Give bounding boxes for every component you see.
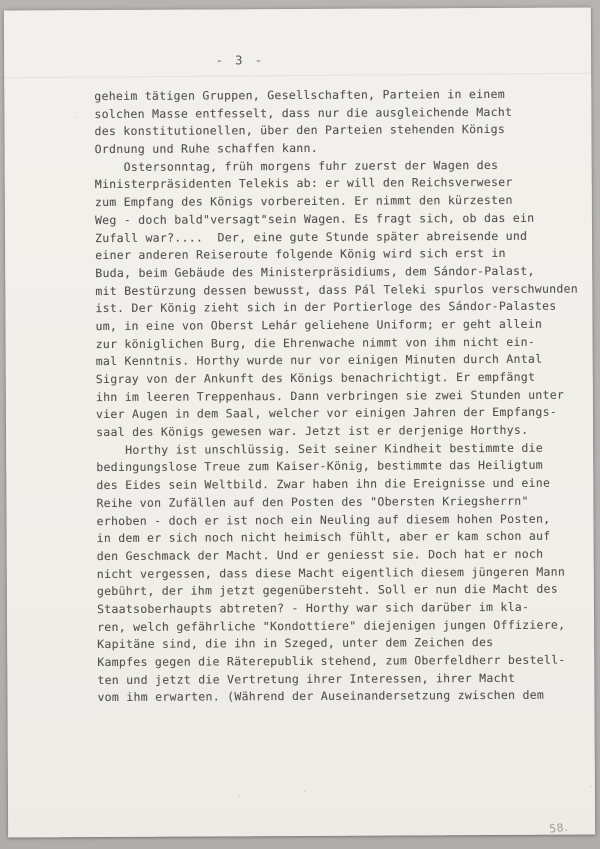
typewritten-text-block: geheim tätigen Gruppen, Gesellschaften, … xyxy=(94,85,589,707)
text-line: Staatsoberhaupts abtreten? - Horthy war … xyxy=(97,598,589,618)
text-line: saal des Königs gewesen war. Jetzt ist e… xyxy=(96,422,588,442)
text-line: Sigray von der Ankunft des Königs benach… xyxy=(96,368,588,388)
paper-crease xyxy=(4,73,591,79)
handwritten-mark: 58. xyxy=(548,821,568,836)
text-line: Zufall war?.... Der, eine gute Stunde sp… xyxy=(95,227,587,247)
text-line: den Geschmack der Macht. Und er geniesst… xyxy=(97,545,589,565)
text-line: Kampfes gegen die Räterepublik stehend, … xyxy=(97,651,589,671)
text-line: Buda, beim Gebäude des Ministerpräsidium… xyxy=(95,262,587,282)
text-line: Reihe von Zufällen auf den Posten des "O… xyxy=(96,492,588,512)
text-line: um, in eine von Oberst Lehár geliehene U… xyxy=(95,315,587,335)
text-line: ren, welch gefährliche "Kondottiere" die… xyxy=(97,616,589,636)
scan-speckles xyxy=(238,795,240,797)
page-number: - 3 - xyxy=(208,53,272,67)
text-line: vom ihm erwarten. (Während der Auseinand… xyxy=(97,687,589,707)
text-line: Weg - doch bald"versagt"sein Wagen. Es f… xyxy=(95,209,587,229)
document-page: - 3 - geheim tätigen Gruppen, Gesellscha… xyxy=(4,7,595,837)
text-line: des Eides sein Weltbild. Zwar haben ihn … xyxy=(96,475,588,495)
